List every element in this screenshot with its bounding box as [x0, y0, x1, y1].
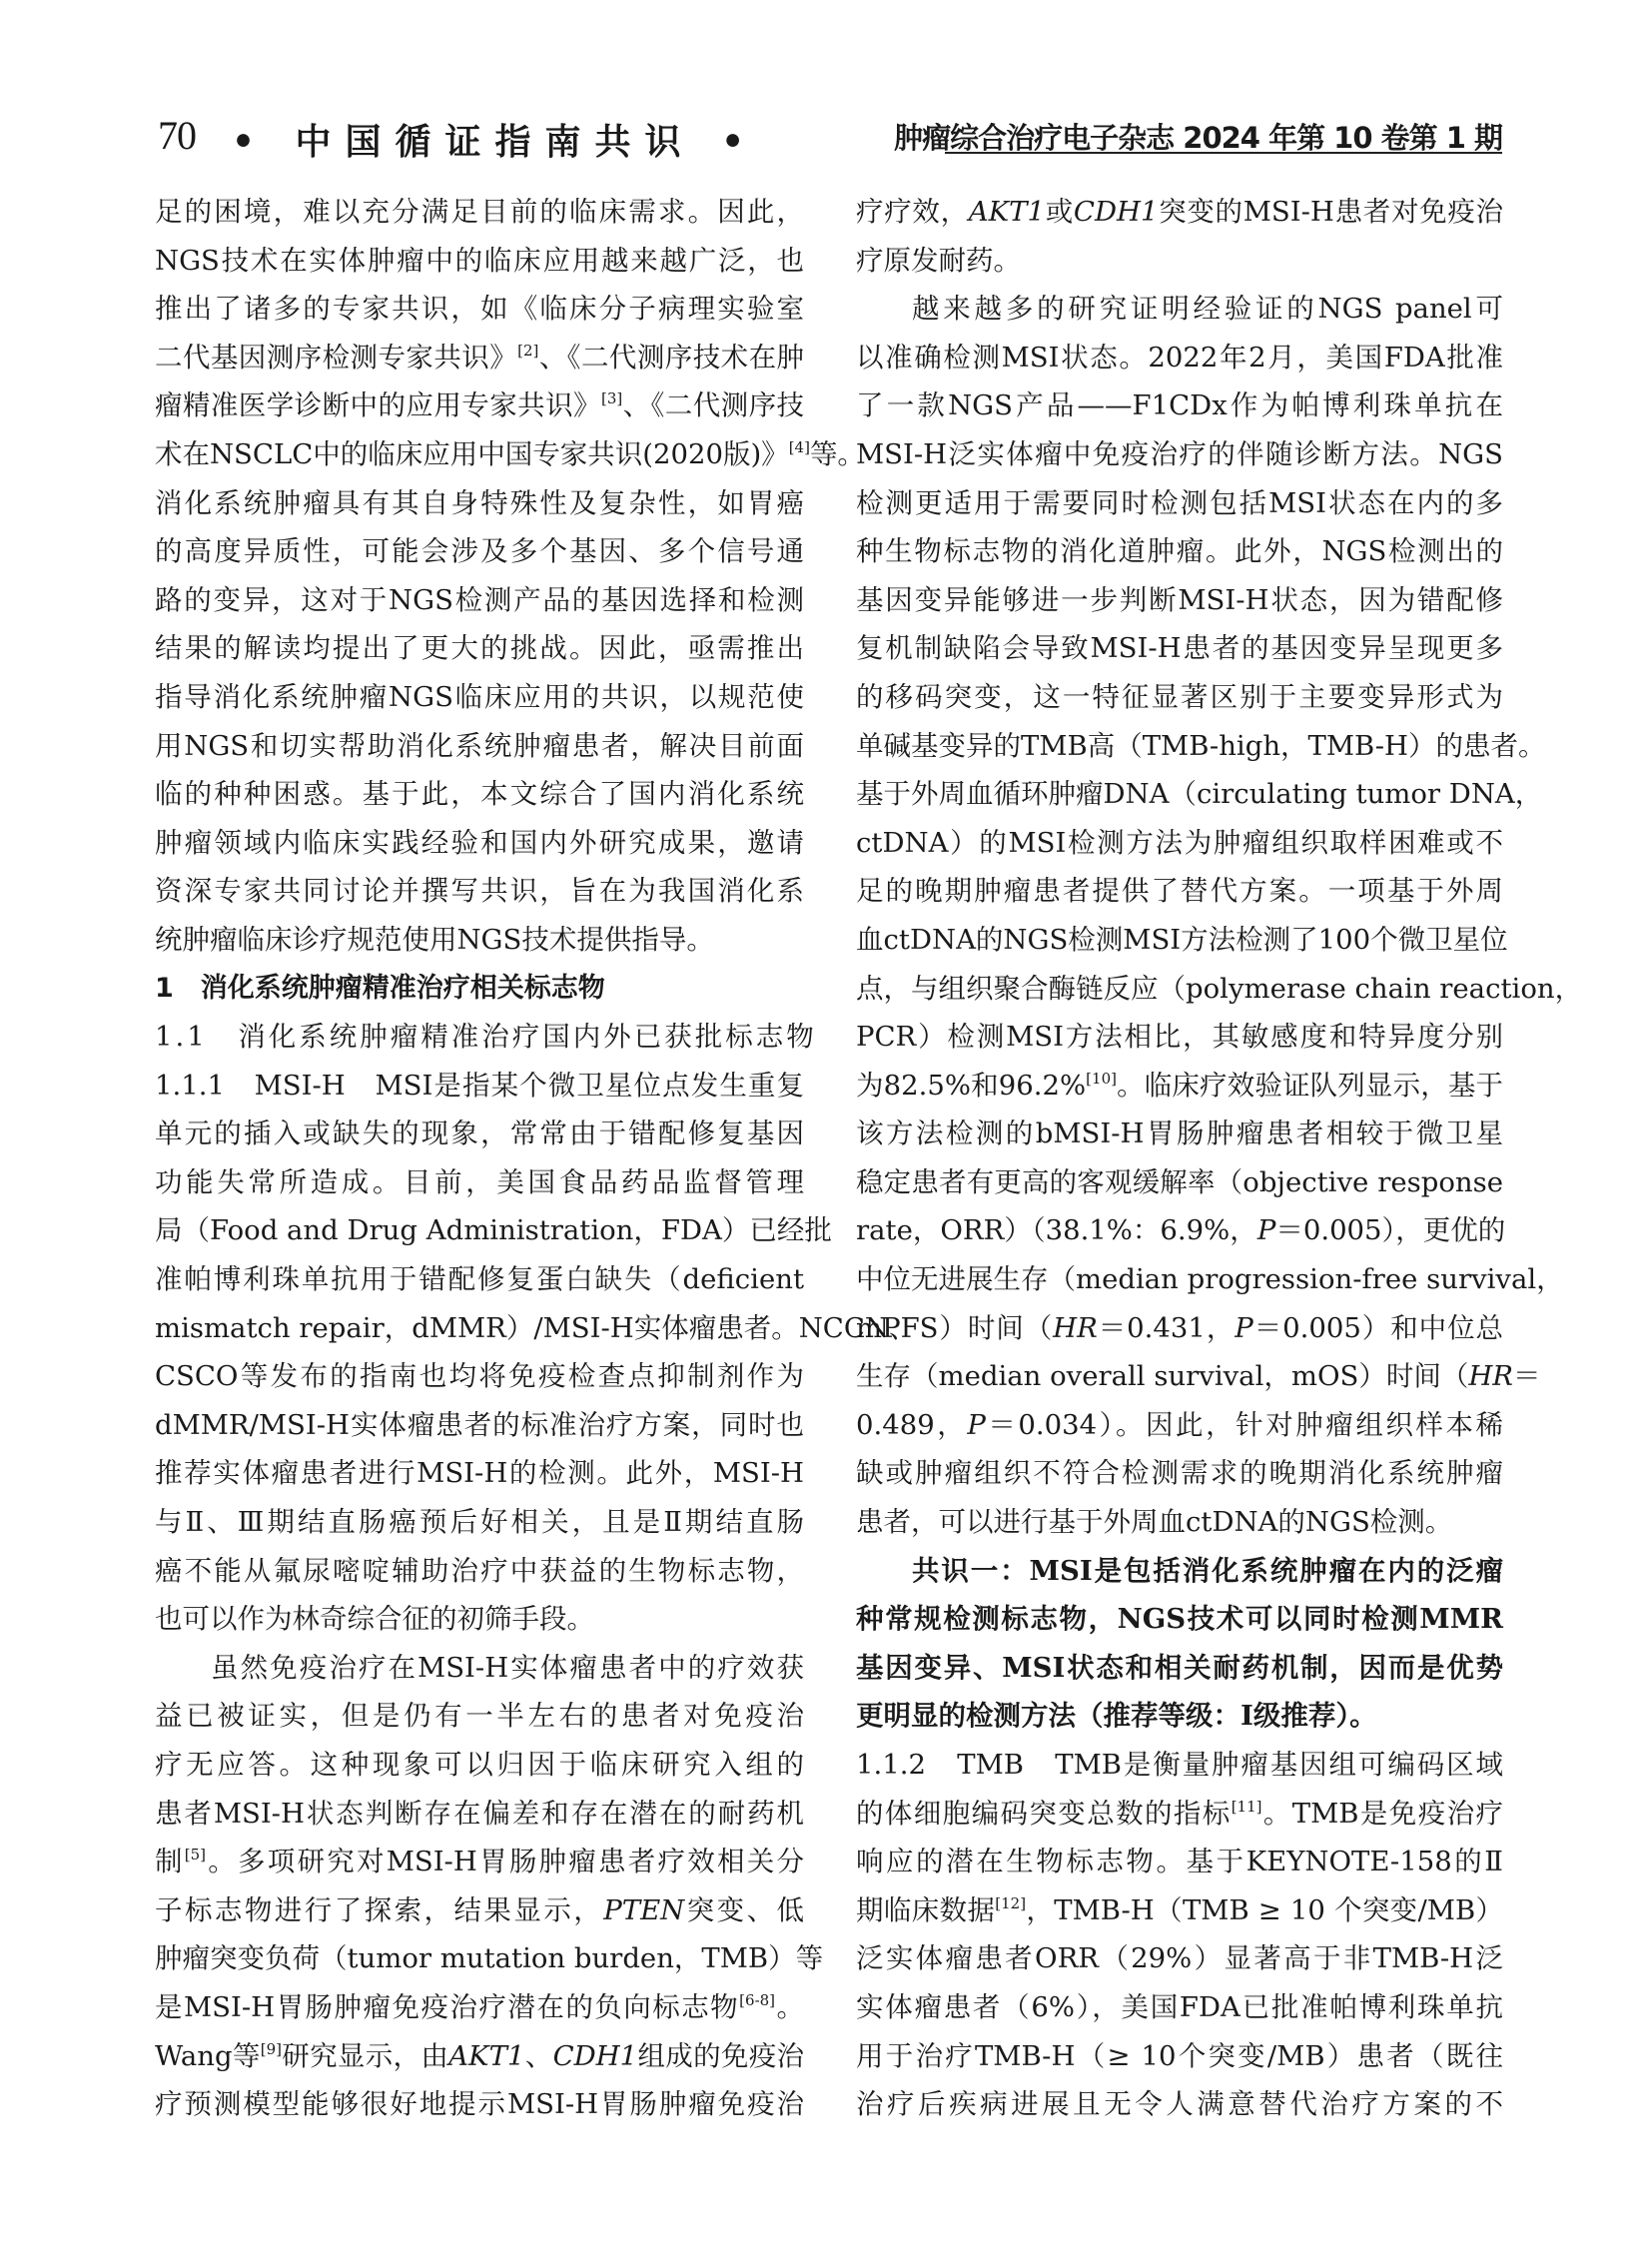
text-line: 疗预测模型能够很好地提示MSI-H胃肠肿瘤免疫治	[155, 2080, 804, 2129]
citation-ref[interactable]: [5]	[185, 1846, 206, 1864]
text-line: 用于治疗TMB-H（≥ 10个突变/MB）患者（既往	[856, 2032, 1503, 2081]
text-line: NGS技术在实体肿瘤中的临床应用越来越广泛，也	[155, 237, 804, 286]
heading-section-1: 1 消化系统肿瘤精准治疗相关标志物	[155, 965, 804, 1014]
text-line: 以准确检测MSI状态。2022年2月，美国FDA批准	[856, 334, 1503, 382]
text-line: PCR）检测MSI方法相比，其敏感度和特异度分别	[856, 1013, 1503, 1062]
consensus-statement: 共识一：MSI是包括消化系统肿瘤在内的泛瘤	[856, 1547, 1503, 1596]
text-line: 响应的潜在生物标志物。基于KEYNOTE-158的Ⅱ	[856, 1838, 1503, 1886]
text-line: rate，ORR）（38.1%：6.9%，P＝0.005），更优的	[856, 1206, 1503, 1255]
text-line: 疗无应答。这种现象可以归因于临床研究入组的	[155, 1741, 804, 1790]
text-line: 疗疗效，AKT1或CDH1突变的MSI-H患者对免疫治	[856, 188, 1503, 237]
citation-ref[interactable]: [3]	[601, 389, 622, 407]
text-line: MSI-H泛实体瘤中免疫治疗的伴随诊断方法。NGS	[856, 430, 1503, 479]
text-line: 益已被证实，但是仍有一半左右的患者对免疫治	[155, 1692, 804, 1741]
citation-ref[interactable]: [4]	[789, 438, 810, 456]
text-line: 点，与组织聚合酶链反应（polymerase chain reaction，	[856, 965, 1503, 1014]
citation-ref[interactable]: [12]	[995, 1894, 1026, 1912]
text-line: 中位无进展生存（median progression-free survival…	[856, 1255, 1503, 1304]
text-line: 生存（median overall survival，mOS）时间（HR＝	[856, 1352, 1503, 1401]
text-line: 单元的插入或缺失的现象，常常由于错配修复基因	[155, 1110, 804, 1158]
text-line: 路的变异，这对于NGS检测产品的基因选择和检测	[155, 576, 804, 625]
text-line: 该方法检测的bMSI-H胃肠肿瘤患者相较于微卫星	[856, 1110, 1503, 1158]
right-column: 疗疗效，AKT1或CDH1突变的MSI-H患者对免疫治 疗原发耐药。 越来越多的…	[856, 188, 1503, 2129]
text-line: 为82.5%和96.2%[10]。临床疗效验证队列显示，基于	[856, 1062, 1503, 1111]
text-line: 指导消化系统肿瘤NGS临床应用的共识，以规范使	[155, 673, 804, 722]
text-line: 推荐实体瘤患者进行MSI-H的检测。此外，MSI-H	[155, 1449, 804, 1498]
text-line: 统肿瘤临床诊疗规范使用NGS技术提供指导。	[155, 916, 804, 965]
text-line: 1.1.1 MSI-H MSI是指某个微卫星位点发生重复	[155, 1062, 804, 1111]
text-line: 结果的解读均提出了更大的挑战。因此，亟需推出	[155, 624, 804, 673]
text-line: 的移码突变，这一特征显著区别于主要变异形式为	[856, 673, 1503, 722]
text-line: 术在NSCLC中的临床应用中国专家共识(2020版)》[4]等。	[155, 430, 804, 479]
citation-ref[interactable]: [2]	[517, 342, 538, 360]
text-line: 基于外周血循环肿瘤DNA（circulating tumor DNA，	[856, 770, 1503, 819]
consensus-statement-line: 基因变异、MSI状态和相关耐药机制，因而是优势	[856, 1644, 1503, 1693]
text-line: 患者，可以进行基于外周血ctDNA的NGS检测。	[856, 1498, 1503, 1547]
text-line: ctDNA）的MSI检测方法为肿瘤组织取样困难或不	[856, 819, 1503, 868]
text-line: 推出了诸多的专家共识，如《临床分子病理实验室	[155, 285, 804, 334]
text-line: 了一款NGS产品——F1CDx作为帕博利珠单抗在	[856, 381, 1503, 430]
citation-ref[interactable]: [9]	[261, 2040, 282, 2058]
page-number: 70	[158, 112, 196, 159]
left-column: 足的困境，难以充分满足目前的临床需求。因此， NGS技术在实体肿瘤中的临床应用越…	[155, 188, 804, 2129]
text-line: 种生物标志物的消化道肿瘤。此外，NGS检测出的	[856, 527, 1503, 576]
text-line: 血ctDNA的NGS检测MSI方法检测了100个微卫星位	[856, 916, 1503, 965]
text-line: 二代基因测序检测专家共识》[2]、《二代测序技术在肿	[155, 334, 804, 382]
text-line: 子标志物进行了探索，结果显示，PTEN突变、低	[155, 1886, 804, 1935]
text-line: 疗原发耐药。	[856, 237, 1503, 286]
text-line: 足的困境，难以充分满足目前的临床需求。因此，	[155, 188, 804, 237]
text-line: 实体瘤患者（6%），美国FDA已批准帕博利珠单抗	[856, 1983, 1503, 2032]
citation-ref[interactable]: [10]	[1086, 1070, 1117, 1088]
text-line: 稳定患者有更高的客观缓解率（objective response	[856, 1158, 1503, 1207]
text-line: 缺或肿瘤组织不符合检测需求的晚期消化系统肿瘤	[856, 1449, 1503, 1498]
citation-ref[interactable]: [11]	[1232, 1798, 1262, 1816]
citation-ref[interactable]: [6-8]	[739, 1991, 775, 2009]
text-line: 复机制缺陷会导致MSI-H患者的基因变异呈现更多	[856, 624, 1503, 673]
text-line: 肿瘤领域内临床实践经验和国内外研究成果，邀请	[155, 819, 804, 868]
consensus-statement-line: 种常规检测标志物，NGS技术可以同时检测MMR	[856, 1595, 1503, 1644]
text-line: dMMR/MSI-H实体瘤患者的标准治疗方案，同时也	[155, 1401, 804, 1450]
text-line: Wang等[9]研究显示，由AKT1、CDH1组成的免疫治	[155, 2032, 804, 2081]
text-line: 泛实体瘤患者ORR（29%）显著高于非TMB-H泛	[856, 1934, 1503, 1983]
text-line: 功能失常所造成。目前，美国食品药品监督管理	[155, 1158, 804, 1207]
section-title: • 中国循证指南共识 •	[232, 114, 758, 165]
text-line: 临的种种困惑。基于此，本文综合了国内消化系统	[155, 770, 804, 819]
page-header: 70 • 中国循证指南共识 • 肿瘤综合治疗电子杂志 2024 年第 10 卷第…	[0, 0, 1652, 180]
text-line: 局（Food and Drug Administration，FDA）已经批	[155, 1206, 804, 1255]
text-line: 治疗后疾病进展且无令人满意替代治疗方案的不	[856, 2080, 1503, 2129]
text-line: CSCO等发布的指南也均将免疫检查点抑制剂作为	[155, 1352, 804, 1401]
heading-section-1-1-2: 1.1.2 TMB TMB是衡量肿瘤基因组可编码区域	[856, 1741, 1503, 1790]
text-line: 基因变异能够进一步判断MSI-H状态，因为错配修	[856, 576, 1503, 625]
text-line: 与Ⅱ、Ⅲ期结直肠癌预后好相关，且是Ⅱ期结直肠	[155, 1498, 804, 1547]
text-line: 资深专家共同讨论并撰写共识，旨在为我国消化系	[155, 867, 804, 916]
header-rule	[945, 152, 1502, 154]
text-line: 是MSI-H胃肠肿瘤免疫治疗潜在的负向标志物[6-8]。	[155, 1983, 804, 2032]
text-line: 期临床数据[12]，TMB-H（TMB ≥ 10 个突变/MB）	[856, 1886, 1503, 1935]
text-line: mPFS）时间（HR＝0.431，P＝0.005）和中位总	[856, 1304, 1503, 1353]
text-line: 的体细胞编码突变总数的指标[11]。TMB是免疫治疗	[856, 1790, 1503, 1839]
text-line: 肿瘤突变负荷（tumor mutation burden，TMB）等	[155, 1934, 804, 1983]
text-line: 检测更适用于需要同时检测包括MSI状态在内的多	[856, 479, 1503, 528]
text-line: 0.489，P＝0.034）。因此，针对肿瘤组织样本稀	[856, 1401, 1503, 1450]
text-line: 单碱基变异的TMB高（TMB-high，TMB-H）的患者。	[856, 722, 1503, 771]
consensus-statement-line: 更明显的检测方法（推荐等级：Ⅰ级推荐）。	[856, 1692, 1503, 1741]
journal-title: 肿瘤综合治疗电子杂志 2024 年第 10 卷第 1 期	[894, 116, 1502, 157]
text-line: 越来越多的研究证明经验证的NGS panel可	[856, 285, 1503, 334]
text-line: 虽然免疫治疗在MSI-H实体瘤患者中的疗效获	[155, 1644, 804, 1693]
text-line: 消化系统肿瘤具有其自身特殊性及复杂性，如胃癌	[155, 479, 804, 528]
text-line: 癌不能从氟尿嘧啶辅助治疗中获益的生物标志物，	[155, 1547, 804, 1596]
consensus-label: 共识一：	[912, 1555, 1030, 1587]
text-line: mismatch repair，dMMR）/MSI-H实体瘤患者。NCCN、	[155, 1304, 804, 1353]
text-line: 用NGS和切实帮助消化系统肿瘤患者，解决目前面	[155, 722, 804, 771]
text-line: 也可以作为林奇综合征的初筛手段。	[155, 1595, 804, 1644]
text-line: 瘤精准医学诊断中的应用专家共识》[3]、《二代测序技	[155, 381, 804, 430]
text-line: 患者MSI-H状态判断存在偏差和存在潜在的耐药机	[155, 1790, 804, 1839]
text-line: 足的晚期肿瘤患者提供了替代方案。一项基于外周	[856, 867, 1503, 916]
heading-section-1-1: 1.1 消化系统肿瘤精准治疗国内外已获批标志物	[155, 1013, 804, 1062]
text-line: 制[5]。多项研究对MSI-H胃肠肿瘤患者疗效相关分	[155, 1838, 804, 1886]
text-line: 准帕博利珠单抗用于错配修复蛋白缺失（deficient	[155, 1255, 804, 1304]
text-line: 的高度异质性，可能会涉及多个基因、多个信号通	[155, 527, 804, 576]
